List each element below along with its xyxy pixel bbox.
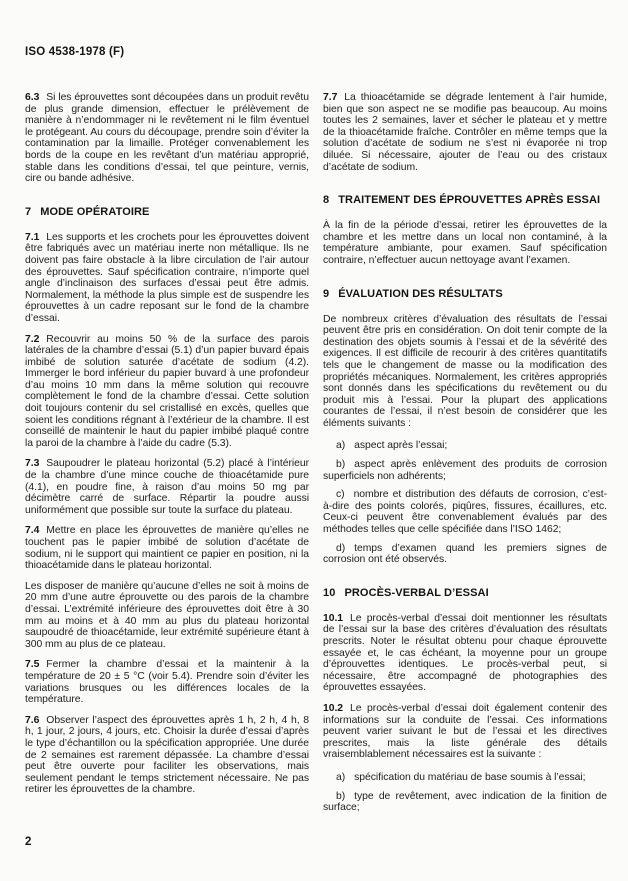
- document-reference: ISO 4538-1978 (F): [25, 46, 607, 58]
- clause-text: De nombreux critères d’évaluation des ré…: [323, 314, 607, 429]
- list-item-a: a)spécification du matériau de base soum…: [323, 772, 607, 784]
- clause-10-2: 10.2Le procès-verbal d’essai doit égalem…: [323, 703, 607, 761]
- section-heading-8: 8TRAITEMENT DES ÉPROUVETTES APRÈS ESSAI: [323, 194, 607, 207]
- section-number: 8: [323, 194, 338, 206]
- list-marker: b): [336, 791, 354, 802]
- section-number: 7: [25, 206, 40, 218]
- list-item-text: spécification du matériau de base soumis…: [354, 772, 585, 783]
- clause-7-5: 7.5Fermer la chambre d’essai et la maint…: [25, 659, 309, 705]
- clause-text: Le procès-verbal d’essai doit mentionner…: [323, 613, 607, 694]
- clause-text: Le procès-verbal d’essai doit également …: [323, 703, 607, 760]
- clause-6-3: 6.3Si les éprouvettes sont découpées dan…: [25, 92, 309, 185]
- clause-7-2: 7.2Recouvrir au moins 50 % de la surface…: [25, 334, 309, 450]
- clause-7-4: 7.4Mettre en place les éprouvettes de ma…: [25, 525, 309, 571]
- clause-text: À la fin de la période d’essai, retirer …: [323, 220, 607, 266]
- clause-text: Fermer la chambre d’essai et la mainteni…: [25, 659, 309, 705]
- clause-number: 7.2: [25, 334, 46, 345]
- clause-number: 7.7: [323, 92, 344, 103]
- clause-text: Les disposer de manière qu’aucune d’elle…: [25, 581, 309, 650]
- section-number: 9: [323, 288, 338, 300]
- list-item-text: aspect après l’essai;: [354, 440, 447, 451]
- section-heading-10: 10PROCÈS-VERBAL D’ESSAI: [323, 587, 607, 600]
- clause-text: Les supports et les crochets pour les ép…: [25, 232, 309, 324]
- clause-7-7: 7.7La thioacétamide se dégrade lentement…: [323, 92, 607, 173]
- section-title: MODE OPÉRATOIRE: [40, 206, 149, 218]
- list-item-text: temps d’examen quand les premiers signes…: [323, 543, 607, 566]
- list-marker: c): [336, 489, 354, 500]
- section-title: TRAITEMENT DES ÉPROUVETTES APRÈS ESSAI: [338, 194, 600, 206]
- page-number: 2: [25, 836, 31, 848]
- clause-number: 7.3: [25, 458, 46, 469]
- clause-text: Recouvrir au moins 50 % de la surface de…: [25, 334, 309, 449]
- list-item-a: a)aspect après l’essai;: [323, 440, 607, 452]
- document-page: ISO 4538-1978 (F) 6.3Si les éprouvettes …: [0, 0, 628, 881]
- section-number: 10: [323, 587, 344, 599]
- section-10-list: a)spécification du matériau de base soum…: [323, 772, 607, 814]
- clause-number: 7.4: [25, 525, 46, 536]
- clause-7-1: 7.1Les supports et les crochets pour les…: [25, 232, 309, 325]
- clause-text: Si les éprouvettes sont découpées dans u…: [25, 92, 309, 184]
- two-column-layout: 6.3Si les éprouvettes sont découpées dan…: [25, 92, 607, 821]
- section-9-list: a)aspect après l’essai; b)aspect après e…: [323, 440, 607, 565]
- clause-text: La thioacétamide se dégrade lentement à …: [323, 92, 607, 173]
- list-item-text: aspect après enlèvement des produits de …: [323, 459, 607, 482]
- list-marker: b): [336, 459, 354, 470]
- list-item-c: c)nombre et distribution des défauts de …: [323, 489, 607, 535]
- section-8-body: À la fin de la période d’essai, retirer …: [323, 220, 607, 266]
- list-marker: a): [336, 772, 354, 783]
- clause-7-6: 7.6Observer l’aspect des éprouvettes apr…: [25, 715, 309, 796]
- clause-number: 7.5: [25, 659, 46, 670]
- clause-text: Observer l’aspect des éprouvettes après …: [25, 715, 309, 796]
- list-marker: a): [336, 440, 354, 451]
- list-marker: d): [336, 543, 354, 554]
- list-item-d: d)temps d’examen quand les premiers sign…: [323, 543, 607, 566]
- clause-text: Saupoudrer le plateau horizontal (5.2) p…: [25, 458, 309, 515]
- right-column: 7.7La thioacétamide se dégrade lentement…: [323, 92, 607, 821]
- clause-number: 10.2: [323, 703, 350, 714]
- clause-number: 10.1: [323, 613, 350, 624]
- clause-text: Mettre en place les éprouvettes de maniè…: [25, 525, 309, 571]
- list-item-text: type de revêtement, avec indication de l…: [323, 791, 607, 814]
- section-9-body: De nombreux critères d’évaluation des ré…: [323, 314, 607, 430]
- clause-number: 6.3: [25, 92, 46, 103]
- clause-7-3: 7.3Saupoudrer le plateau horizontal (5.2…: [25, 458, 309, 516]
- section-title: ÉVALUATION DES RÉSULTATS: [338, 288, 503, 300]
- list-item-text: nombre et distribution des défauts de co…: [323, 489, 607, 535]
- clause-7-4-continuation: Les disposer de manière qu’aucune d’elle…: [25, 581, 309, 651]
- section-heading-9: 9ÉVALUATION DES RÉSULTATS: [323, 288, 607, 301]
- list-item-b: b)aspect après enlèvement des produits d…: [323, 459, 607, 482]
- list-item-b: b)type de revêtement, avec indication de…: [323, 791, 607, 814]
- clause-number: 7.1: [25, 232, 46, 243]
- clause-number: 7.6: [25, 715, 46, 726]
- left-column: 6.3Si les éprouvettes sont découpées dan…: [25, 92, 309, 805]
- section-heading-7: 7MODE OPÉRATOIRE: [25, 206, 309, 219]
- section-title: PROCÈS-VERBAL D’ESSAI: [344, 587, 488, 599]
- clause-10-1: 10.1Le procès-verbal d’essai doit mentio…: [323, 613, 607, 694]
